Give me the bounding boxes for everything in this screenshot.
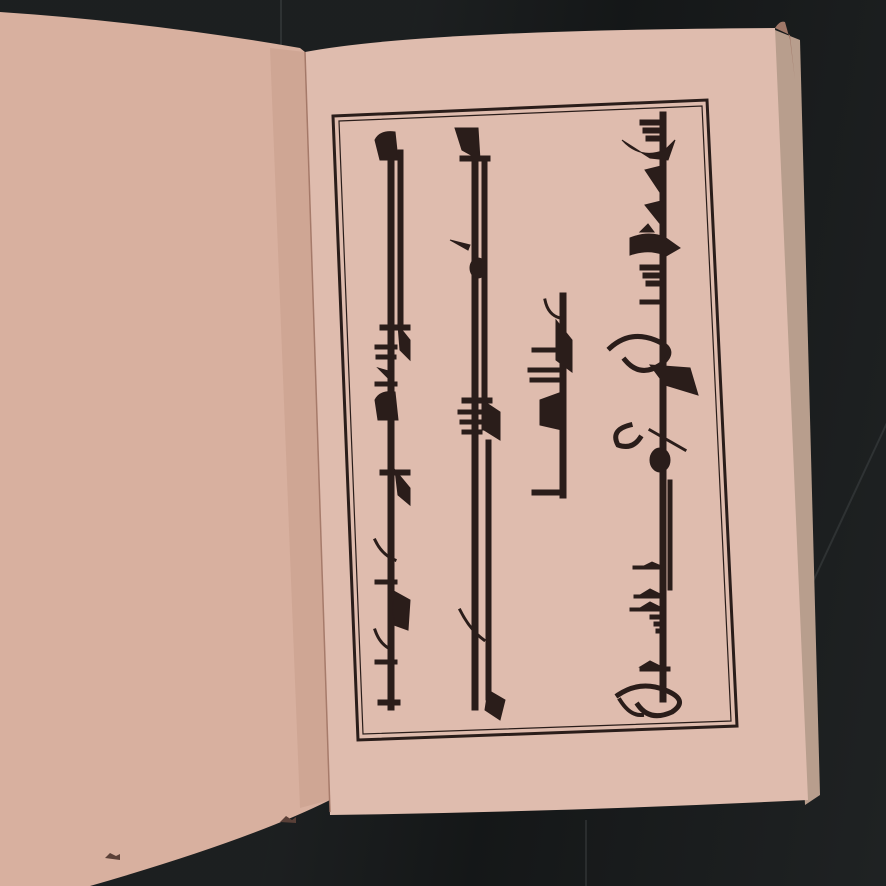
open-book <box>0 0 886 886</box>
photo-scene <box>0 0 886 886</box>
